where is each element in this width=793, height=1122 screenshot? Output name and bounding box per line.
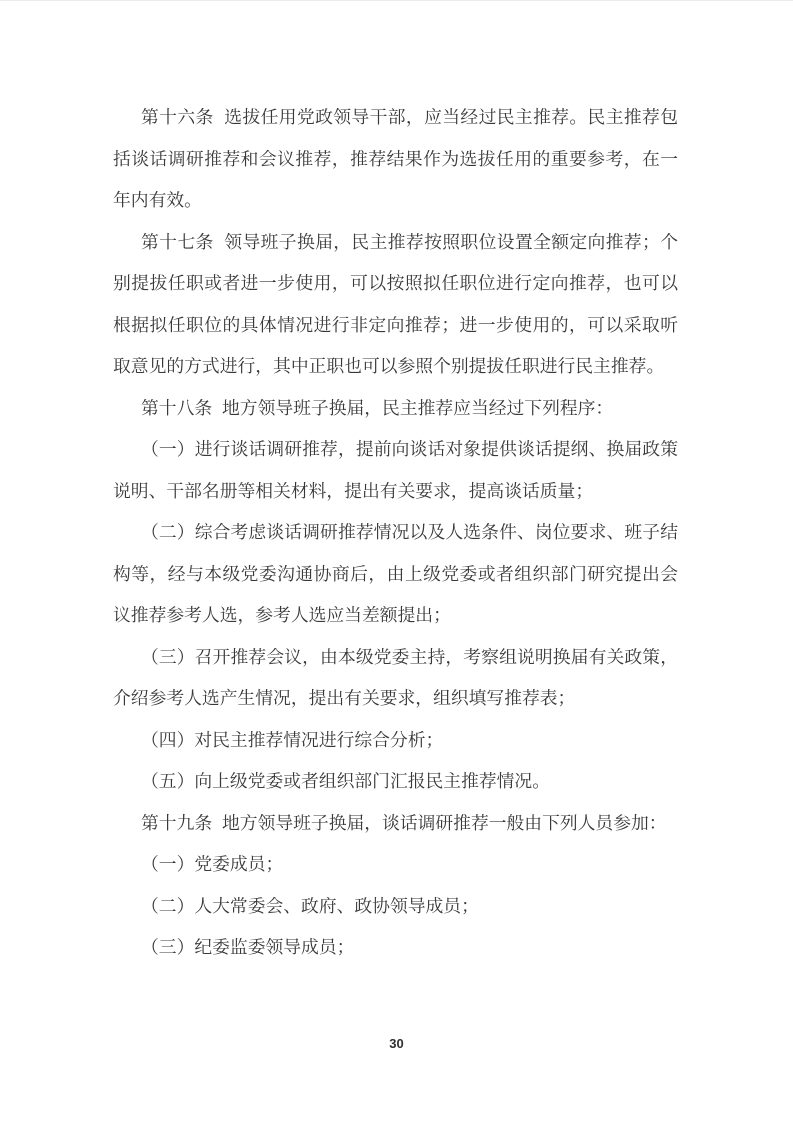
paragraph-article-18-item-1: （一）进行谈话调研推荐，提前向谈话对象提供谈话提纲、换届政策说明、干部名册等相关… <box>113 429 678 512</box>
paragraph-article-18: 第十八条 地方领导班子换届，民主推荐应当经过下列程序： <box>113 388 678 430</box>
document-page: 第十六条 选拔任用党政领导干部，应当经过民主推荐。民主推荐包括谈话调研推荐和会议… <box>0 0 793 1122</box>
paragraph-article-18-item-4: （四）对民主推荐情况进行综合分析； <box>113 720 678 762</box>
paragraph-article-19-item-2: （二）人大常委会、政府、政协领导成员； <box>113 886 678 928</box>
paragraph-article-16: 第十六条 选拔任用党政领导干部，应当经过民主推荐。民主推荐包括谈话调研推荐和会议… <box>113 97 678 222</box>
paragraph-article-19: 第十九条 地方领导班子换届，谈话调研推荐一般由下列人员参加： <box>113 803 678 845</box>
page-number: 30 <box>0 1036 793 1051</box>
document-body: 第十六条 选拔任用党政领导干部，应当经过民主推荐。民主推荐包括谈话调研推荐和会议… <box>113 97 678 969</box>
page-top-edge <box>0 0 793 1</box>
paragraph-article-17: 第十七条 领导班子换届，民主推荐按照职位设置全额定向推荐；个别提拔任职或者进一步… <box>113 222 678 388</box>
paragraph-article-18-item-2: （二）综合考虑谈话调研推荐情况以及人选条件、岗位要求、班子结构等，经与本级党委沟… <box>113 512 678 637</box>
paragraph-article-18-item-3: （三）召开推荐会议，由本级党委主持，考察组说明换届有关政策，介绍参考人选产生情况… <box>113 637 678 720</box>
paragraph-article-18-item-5: （五）向上级党委或者组织部门汇报民主推荐情况。 <box>113 761 678 803</box>
paragraph-article-19-item-1: （一）党委成员； <box>113 844 678 886</box>
paragraph-article-19-item-3: （三）纪委监委领导成员； <box>113 927 678 969</box>
